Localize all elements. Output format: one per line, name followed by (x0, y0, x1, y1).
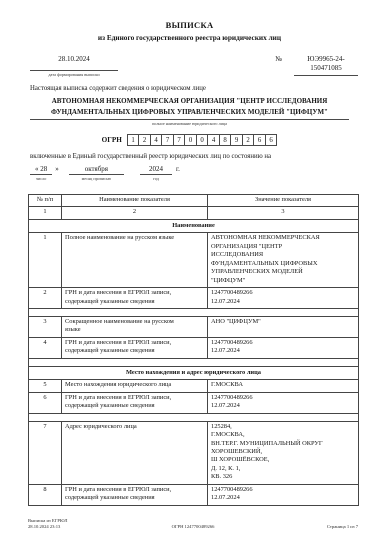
org-name: АВТОНОМНАЯ НЕКОММЕРЧЕСКАЯ ОРГАНИЗАЦИЯ "Ц… (30, 96, 349, 117)
colnum-cell: 1 (29, 207, 62, 219)
formation-date-caption: дата формирования выписки (30, 71, 118, 77)
table-row: 8 ГРН и дата внесения в ЕГРЮЛ записи, со… (29, 484, 359, 505)
row-number-cell: 4 (29, 337, 62, 358)
quote-open: « (35, 165, 39, 173)
indicator-name-cell: Место нахождения юридического лица (62, 380, 208, 392)
number-sign: № (275, 55, 282, 76)
meta-row: 28.10.2024 дата формирования выписки № Ю… (30, 55, 358, 77)
as-of-year-cell: 2024 год (140, 165, 172, 181)
indicator-name-cell: ГРН и дата внесения в ЕГРЮЛ записи, соде… (62, 288, 208, 309)
row-number-cell: 7 (29, 421, 62, 484)
spacer-cell (29, 358, 359, 366)
row-number-cell: 5 (29, 380, 62, 392)
table-row: 7 Адрес юридического лица 125284, Г.МОСК… (29, 421, 359, 484)
quote-close: » (55, 165, 59, 173)
as-of-month: октября (69, 165, 124, 175)
table-header-cell: Значение показателя (208, 195, 359, 207)
table-header-cell: Наименование показателя (62, 195, 208, 207)
indicator-value-cell: АВТОНОМНАЯ НЕКОММЕРЧЕСКАЯ ОРГАНИЗАЦИЯ "Ц… (208, 233, 359, 288)
table-row: 3 Сокращенное наименование на русском яз… (29, 316, 359, 337)
indicator-value-cell: Г.МОСКВА (208, 380, 359, 392)
year-caption: год (140, 175, 172, 181)
section-header: Наименование (29, 219, 359, 232)
indicator-value-cell: 125284, Г.МОСКВА, ВН.ТЕР.Г. МУНИЦИПАЛЬНЫ… (208, 421, 359, 484)
footer-ogrn: ОГРН 1247700489266 (28, 524, 358, 531)
page-footer: Выписка из ЕГРЮЛ 28.10.2024 23:13 ОГРН 1… (28, 518, 358, 531)
org-name-caption: полное наименование юридического лица (0, 121, 379, 126)
indicators-table-wrap: № п/п Наименование показателя Значение п… (28, 194, 358, 506)
included-line: включенные в Единый государственный реес… (30, 153, 349, 160)
spacer-row (29, 413, 359, 421)
formation-date: 28.10.2024 (30, 55, 118, 71)
indicator-name-cell: ГРН и дата внесения в ЕГРЮЛ записи, соде… (62, 392, 208, 413)
row-number-cell: 3 (29, 316, 62, 337)
intro-line: Настоящая выписка содержит сведения о юр… (30, 85, 349, 92)
indicator-value-cell: 1247700489266 12.07.2024 (208, 337, 359, 358)
row-number-cell: 8 (29, 484, 62, 505)
ogrn-digit-boxes: 1 2 4 7 7 0 0 4 8 9 2 6 6 (127, 134, 278, 146)
as-of-month-cell: октября месяц прописью (69, 165, 124, 181)
indicator-name-cell: Полное наименование на русском языке (62, 233, 208, 288)
as-of-day-cell: « 28 число (30, 165, 52, 181)
spacer-row (29, 358, 359, 366)
indicator-value-cell: 1247700489266 12.07.2024 (208, 288, 359, 309)
spacer-row (29, 308, 359, 316)
spacer-cell (29, 308, 359, 316)
year-suffix: г. (176, 165, 180, 173)
spacer-cell (29, 413, 359, 421)
indicator-name-cell: Адрес юридического лица (62, 421, 208, 484)
indicator-name-cell: ГРН и дата внесения в ЕГРЮЛ записи, соде… (62, 337, 208, 358)
ogrn-row: ОГРН 1 2 4 7 7 0 0 4 8 9 2 6 6 (0, 134, 379, 146)
table-row: 2 ГРН и дата внесения в ЕГРЮЛ записи, со… (29, 288, 359, 309)
section-row: Наименование (29, 219, 359, 232)
indicators-table: № п/п Наименование показателя Значение п… (28, 194, 359, 506)
indicator-value-cell: 1247700489266 12.07.2024 (208, 392, 359, 413)
document-subtitle: из Единого государственного реестра юрид… (0, 33, 379, 42)
row-number-cell: 2 (29, 288, 62, 309)
as-of-date-row: « 28 число » октября месяц прописью 2024… (30, 165, 379, 181)
document-number-block: № ЮЭ9965-24- 150471085 (275, 55, 358, 76)
ogrn-label: ОГРН (102, 136, 122, 144)
colnum-cell: 3 (208, 207, 359, 219)
footer-doc-type: Выписка из ЕГРЮЛ (28, 518, 68, 525)
document-title: ВЫПИСКА (0, 0, 379, 30)
indicator-name-cell: Сокращенное наименование на русском язык… (62, 316, 208, 337)
table-row: 6 ГРН и дата внесения в ЕГРЮЛ записи, со… (29, 392, 359, 413)
indicator-name-cell: ГРН и дата внесения в ЕГРЮЛ записи, соде… (62, 484, 208, 505)
table-colnum-row: 1 2 3 (29, 207, 359, 219)
table-row: 4 ГРН и дата внесения в ЕГРЮЛ записи, со… (29, 337, 359, 358)
indicator-value-cell: АНО "ЦИФЦУМ" (208, 316, 359, 337)
formation-date-block: 28.10.2024 дата формирования выписки (30, 55, 118, 77)
colnum-cell: 2 (62, 207, 208, 219)
ogrn-digit-box: 6 (265, 134, 278, 146)
as-of-year: 2024 (140, 165, 172, 175)
egrul-extract-page: ВЫПИСКА из Единого государственного реес… (0, 0, 379, 542)
section-header: Место нахождения и адрес юридического ли… (29, 366, 359, 379)
table-header-cell: № п/п (29, 195, 62, 207)
as-of-day: 28 (40, 165, 47, 173)
day-caption: число (30, 175, 52, 181)
indicator-value-cell: 1247700489266 12.07.2024 (208, 484, 359, 505)
org-name-block: АВТОНОМНАЯ НЕКОММЕРЧЕСКАЯ ОРГАНИЗАЦИЯ "Ц… (30, 96, 349, 120)
section-row: Место нахождения и адрес юридического ли… (29, 366, 359, 379)
month-caption: месяц прописью (69, 175, 124, 181)
row-number-cell: 1 (29, 233, 62, 288)
table-row: 1 Полное наименование на русском языке А… (29, 233, 359, 288)
document-number: ЮЭ9965-24- 150471085 (294, 55, 358, 76)
table-header-row: № п/п Наименование показателя Значение п… (29, 195, 359, 207)
row-number-cell: 6 (29, 392, 62, 413)
table-row: 5 Место нахождения юридического лица Г.М… (29, 380, 359, 392)
